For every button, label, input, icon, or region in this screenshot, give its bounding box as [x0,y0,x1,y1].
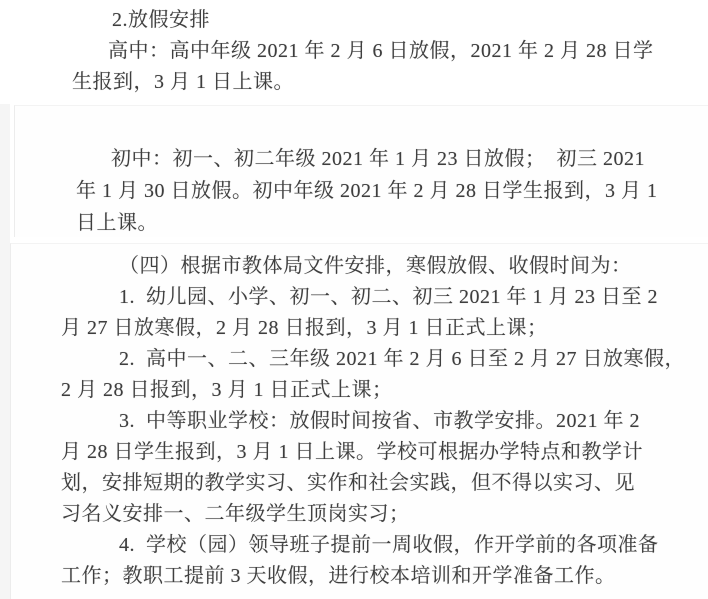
section-high-school: 2.放假安排 高中：高中年级 2021 年 2 月 6 日放假，2021 年 2… [0,5,708,98]
text-line: 3. 中等职业学校：放假时间按省、市教学安排。2021 年 2 [119,406,708,437]
text-line: 4. 学校（园）领导班子提前一周收假，作开学前的各项准备 [119,530,708,561]
text-line: 2. 高中一、二、三年级 2021 年 2 月 6 日至 2 月 27 日放寒假… [119,344,708,375]
text-line: 月 28 日学生报到，3 月 1 日上课。学校可根据办学特点和教学计 [61,437,708,468]
text-line: 划，安排短期的教学实习、实作和社会实践，但不得以实习、见 [61,468,708,499]
section-education-bureau-notice-block: （四）根据市教体局文件安排，寒假放假、收假时间为： 1. 幼儿园、小学、初一、初… [10,243,708,599]
text-line: 月 27 日放寒假，2 月 28 日报到，3 月 1 日正式上课； [61,313,708,344]
text-line: 初中：初一、初二年级 2021 年 1 月 23 日放假； 初三 2021 [111,143,708,175]
text-line: 2 月 28 日报到，3 月 1 日正式上课； [61,375,708,406]
text-line: 生报到，3 月 1 日上课。 [72,67,708,98]
document-page: 2.放假安排 高中：高中年级 2021 年 2 月 6 日放假，2021 年 2… [0,0,708,599]
text-line: 1. 幼儿园、小学、初一、初二、初三 2021 年 1 月 23 日至 2 [119,282,708,313]
heading-holiday-arrangement: 2.放假安排 [112,5,708,36]
text-line: （四）根据市教体局文件安排，寒假放假、收假时间为： [119,251,708,282]
text-line: 工作；教职工提前 3 天收假，进行校本培训和开学准备工作。 [61,561,708,592]
text-line: 年 1 月 30 日放假。初中年级 2021 年 2 月 28 日学生报到，3 … [76,175,708,207]
text-line: 日上课。 [76,207,708,239]
left-gutter [0,104,10,599]
text-line: 高中：高中年级 2021 年 2 月 6 日放假，2021 年 2 月 28 日… [108,36,708,67]
section-middle-school-block: 初中：初一、初二年级 2021 年 1 月 23 日放假； 初三 2021 年 … [14,105,708,237]
text-line: 习名义安排一、二年级学生顶岗实习； [61,499,708,530]
